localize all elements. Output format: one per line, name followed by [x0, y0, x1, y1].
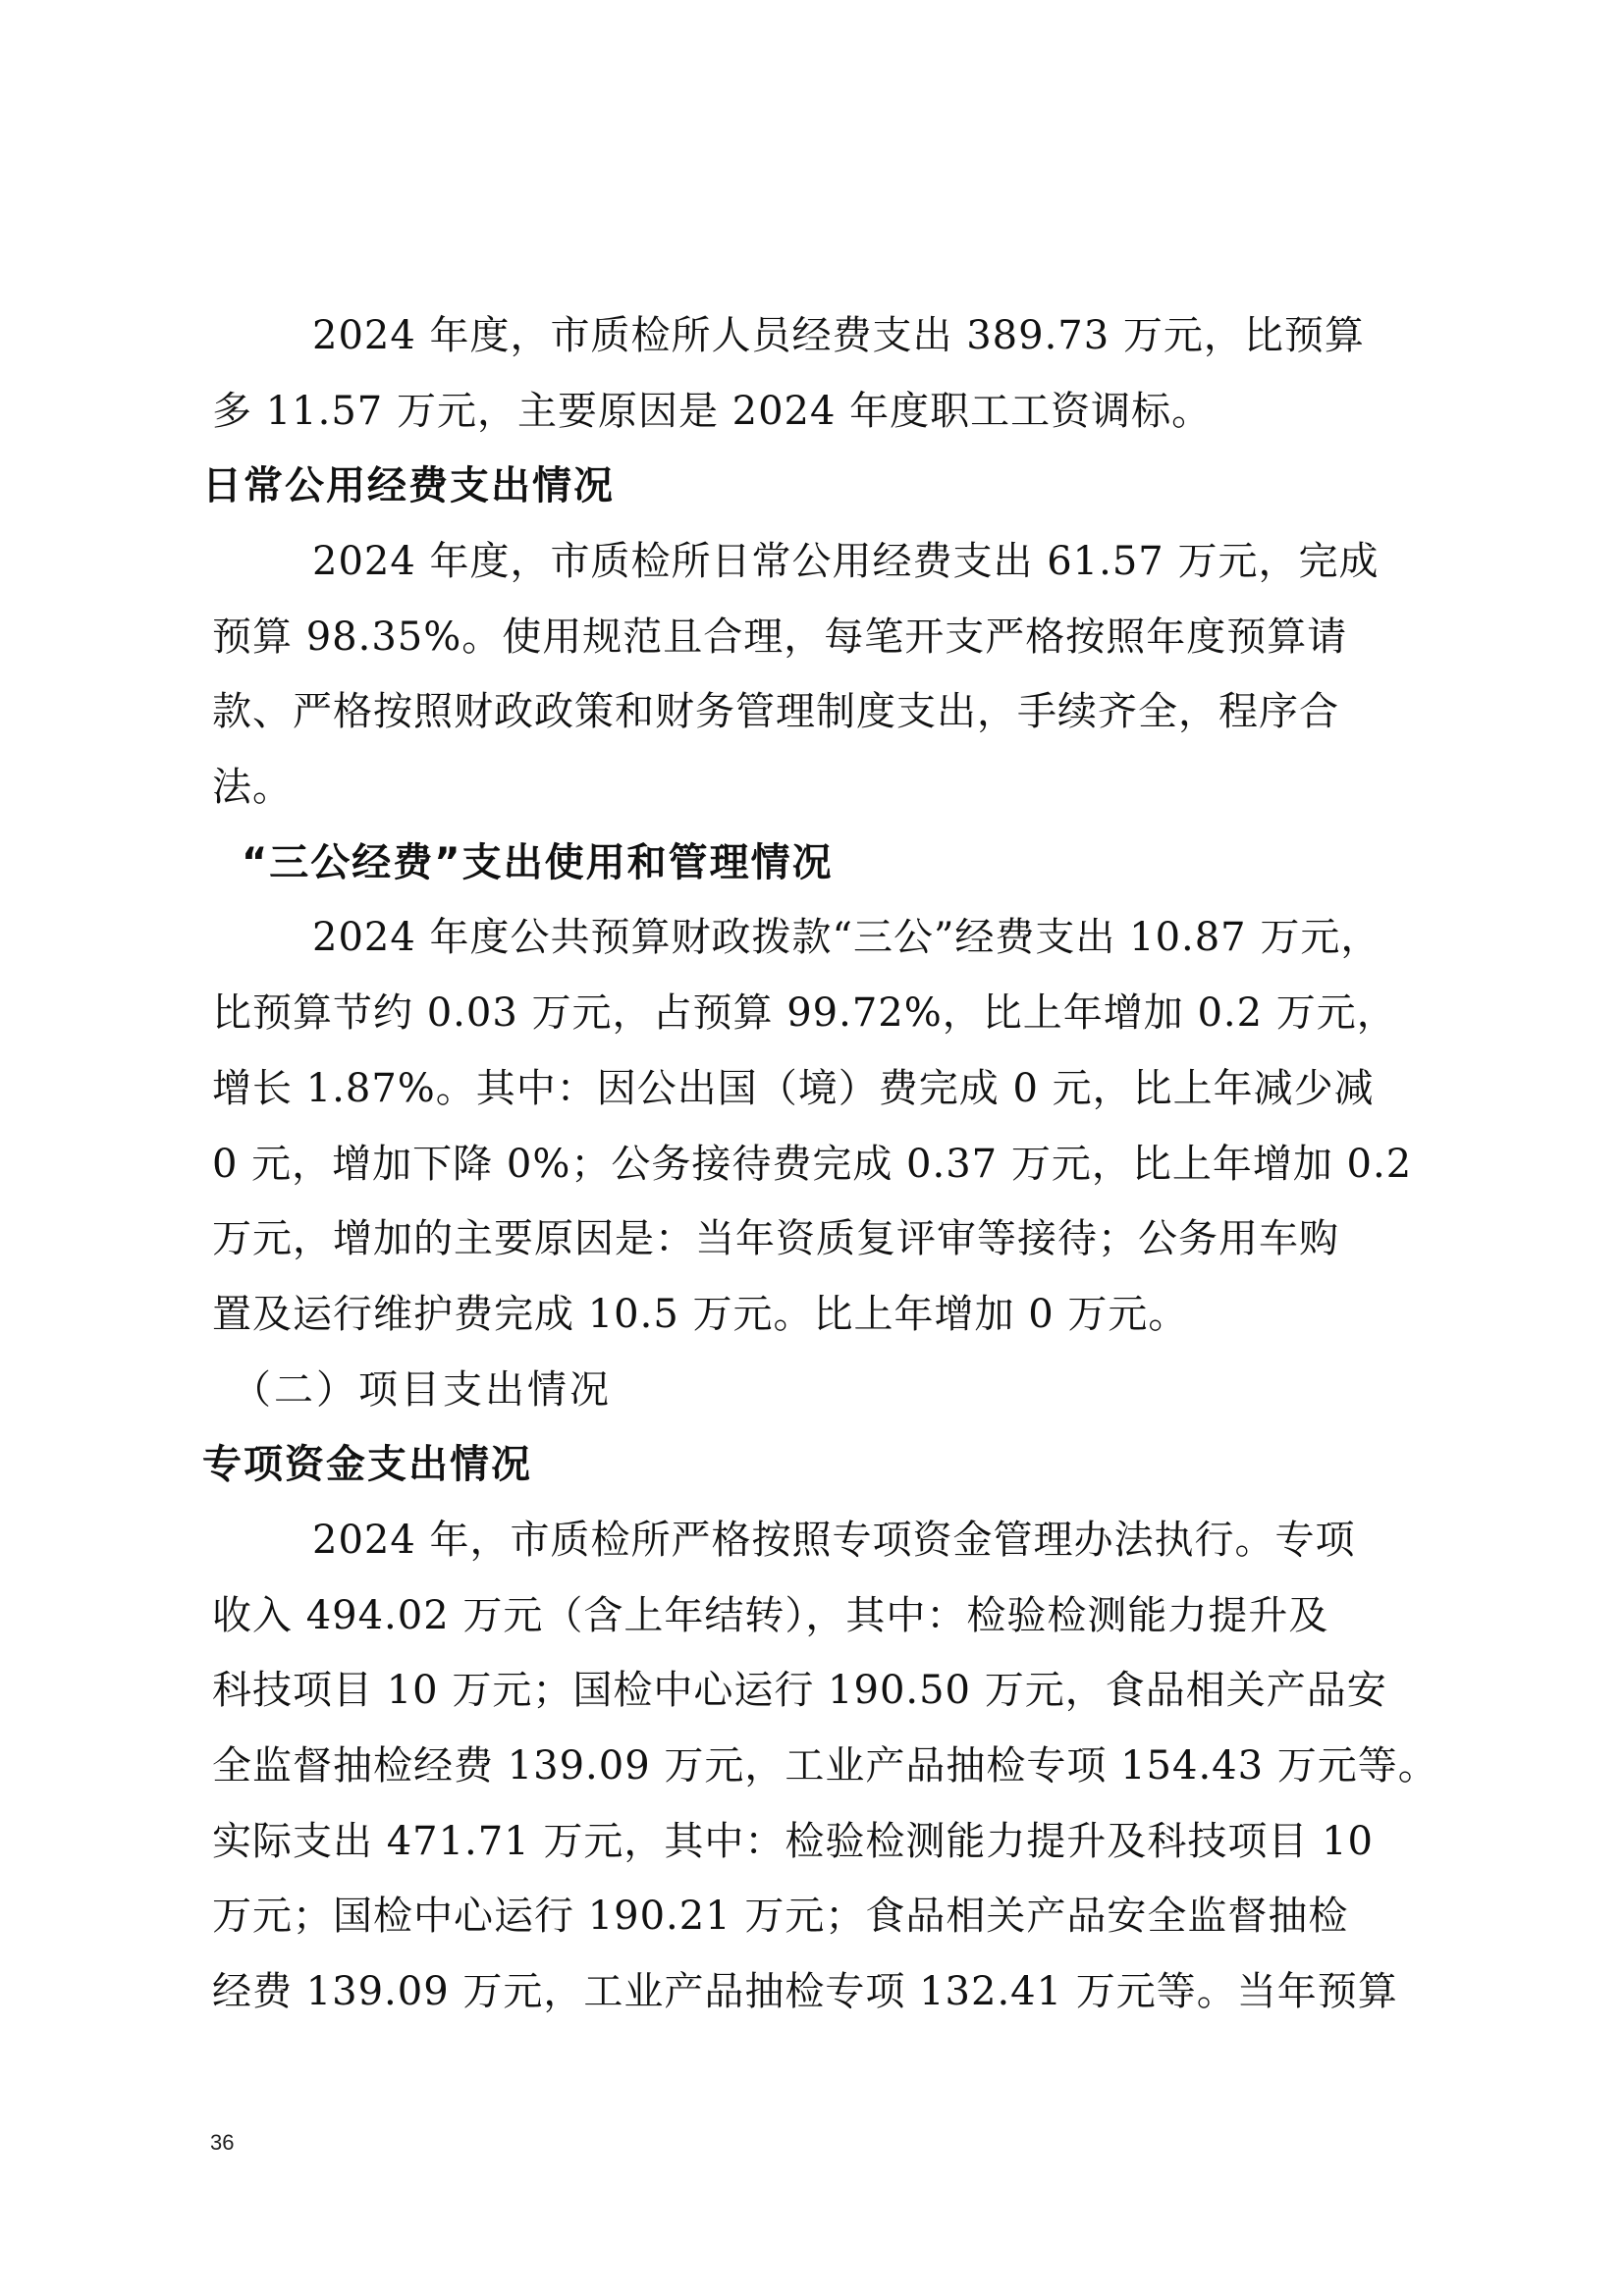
paragraph-line: 收入 494.02 万元（含上年结转），其中：检验检测能力提升及: [212, 1592, 1430, 1639]
document-page: 2024 年度，市质检所人员经费支出 389.73 万元，比预算 多 11.57…: [0, 0, 1624, 2296]
paragraph-line: 款、严格按照财政政策和财务管理制度支出，手续齐全，程序合: [212, 688, 1430, 735]
paragraph-line: 2024 年度，市质检所日常公用经费支出 61.57 万元，完成: [312, 538, 1530, 585]
paragraph-line: 预算 98.35%。使用规范且合理，每笔开支严格按照年度预算请: [212, 614, 1430, 661]
section-heading: “三公经费”支出使用和管理情况: [242, 839, 1459, 886]
paragraph-line: 比预算节约 0.03 万元，占预算 99.72%，比上年增加 0.2 万元，: [212, 989, 1430, 1037]
section-title: （二）项目支出情况: [232, 1366, 1449, 1414]
paragraph-line: 增长 1.87%。其中：因公出国（境）费完成 0 元，比上年减少减: [212, 1065, 1430, 1112]
paragraph-line: 2024 年度，市质检所人员经费支出 389.73 万元，比预算: [312, 312, 1530, 359]
paragraph-line: 2024 年，市质检所严格按照专项资金管理办法执行。专项: [312, 1517, 1530, 1564]
page-number: 36: [210, 2130, 234, 2156]
paragraph-line: 法。: [212, 764, 1430, 811]
paragraph-line: 置及运行维护费完成 10.5 万元。比上年增加 0 万元。: [212, 1291, 1430, 1338]
paragraph-line: 万元；国检中心运行 190.21 万元；食品相关产品安全监督抽检: [212, 1893, 1430, 1940]
paragraph-line: 2024 年度公共预算财政拨款“三公”经费支出 10.87 万元，: [312, 914, 1530, 961]
paragraph-line: 多 11.57 万元，主要原因是 2024 年度职工工资调标。: [212, 388, 1430, 435]
paragraph-line: 万元，增加的主要原因是：当年资质复评审等接待；公务用车购: [212, 1215, 1430, 1262]
paragraph-line: 0 元，增加下降 0%；公务接待费完成 0.37 万元，比上年增加 0.2: [212, 1141, 1430, 1188]
paragraph-line: 经费 139.09 万元，工业产品抽检专项 132.41 万元等。当年预算: [212, 1968, 1430, 2015]
paragraph-line: 全监督抽检经费 139.09 万元，工业产品抽检专项 154.43 万元等。: [212, 1742, 1430, 1789]
paragraph-line: 科技项目 10 万元；国检中心运行 190.50 万元，食品相关产品安: [212, 1667, 1430, 1714]
section-heading: 日常公用经费支出情况: [202, 462, 1420, 509]
section-heading: 专项资金支出情况: [202, 1441, 1420, 1488]
paragraph-line: 实际支出 471.71 万元，其中：检验检测能力提升及科技项目 10: [212, 1818, 1430, 1865]
